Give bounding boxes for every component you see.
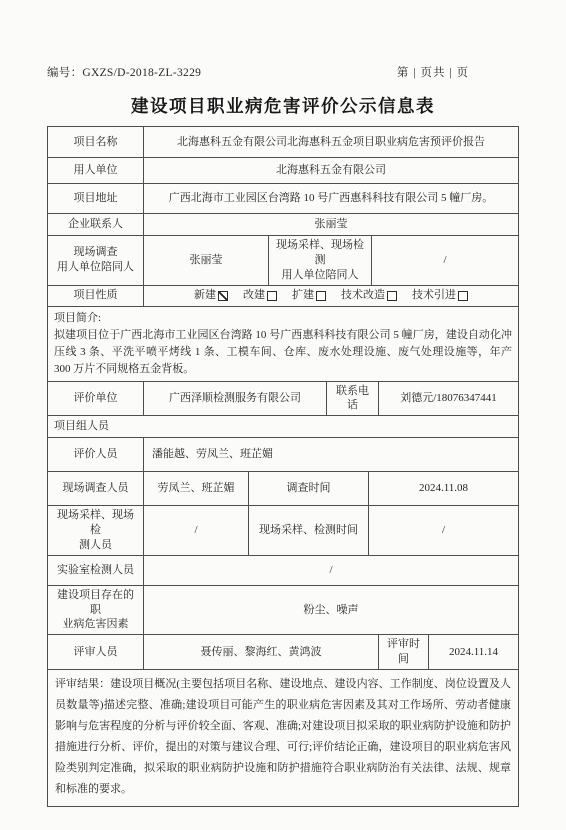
lab-staff-value: / (143, 556, 518, 585)
sampling-companion-label: 现场采样、现场检测 用人单位陪同人 (268, 236, 371, 285)
eval-unit-value: 广西泽顺检测服务有限公司 (143, 382, 326, 416)
option-new-build: 新建 (194, 288, 228, 303)
evaluators-value: 潘能越、劳凤兰、班芷媚 (143, 438, 518, 471)
document-page: 编号：GXZS/D-2018-ZL-3229 第 | 页共 | 页 建设项目职业… (0, 0, 566, 830)
hazard-factors-label: 建设项目存在的职 业病危害因素 (48, 586, 143, 635)
employer-label: 用人单位 (48, 158, 143, 183)
sampling-time-value: / (368, 506, 518, 555)
page-title: 建设项目职业病危害评价公示信息表 (0, 93, 566, 118)
team-header: 项目组人员 (48, 416, 518, 437)
doc-number: 编号：GXZS/D-2018-ZL-3229 (47, 64, 201, 80)
option-rebuild: 改建 (243, 288, 277, 303)
eval-unit-label: 评价单位 (48, 382, 143, 416)
checkbox-icon (316, 291, 326, 301)
review-result-text: 评审结果：建设项目概况(主要包括项目名称、建设地点、建设内容、工作制度、岗位设置… (48, 670, 518, 806)
row-eval-unit: 评价单位 广西泽顺检测服务有限公司 联系电话 刘德元/18076347441 (48, 381, 518, 416)
row-employer: 用人单位 北海惠科五金有限公司 (48, 157, 518, 183)
survey-time-label: 调查时间 (248, 472, 368, 505)
checkbox-icon (458, 291, 468, 301)
phone-label: 联系电话 (326, 382, 378, 416)
row-team-header: 项目组人员 (48, 415, 518, 437)
review-time-value: 2024.11.14 (428, 635, 518, 669)
review-time-label: 评审时间 (378, 635, 428, 669)
project-brief-heading: 项目简介: (54, 310, 512, 327)
address-value: 广西北海市工业园区台湾路 10 号广西惠科科技有限公司 5 幢厂房。 (143, 184, 518, 213)
row-survey-staff: 现场调查人员 劳凤兰、班芷媚 调查时间 2024.11.08 (48, 471, 518, 505)
checkbox-icon (387, 291, 397, 301)
row-survey-companion: 现场调查 用人单位陪同人 张丽莹 现场采样、现场检测 用人单位陪同人 / (48, 235, 518, 285)
row-project-brief: 项目简介: 拟建项目位于广西北海市工业园区台湾路 10 号广西惠科科技有限公司 … (48, 306, 518, 381)
survey-staff-label: 现场调查人员 (48, 472, 143, 505)
address-label: 项目地址 (48, 184, 143, 213)
survey-companion-value: 张丽莹 (143, 236, 268, 285)
survey-time-value: 2024.11.08 (368, 472, 518, 505)
sampling-time-label: 现场采样、检测时间 (248, 506, 368, 555)
form-table: 项目名称 北海惠科五金有限公司北海惠科五金项目职业病危害预评价报告 用人单位 北… (47, 126, 519, 807)
contact-label: 企业联系人 (48, 214, 143, 235)
checkbox-icon (218, 291, 228, 301)
row-sampling-staff: 现场采样、现场检 测人员 / 现场采样、检测时间 / (48, 505, 518, 555)
option-label: 技术引进 (412, 288, 456, 303)
checkbox-icon (267, 291, 277, 301)
lab-staff-label: 实验室检测人员 (48, 556, 143, 585)
evaluators-label: 评价人员 (48, 438, 143, 471)
row-lab-staff: 实验室检测人员 / (48, 555, 518, 585)
option-expand: 扩建 (292, 288, 326, 303)
project-brief-text: 拟建项目位于广西北海市工业园区台湾路 10 号广西惠科科技有限公司 5 幢厂房，… (54, 327, 512, 378)
page-indicator: 第 | 页共 | 页 (397, 64, 469, 80)
project-name-label: 项目名称 (48, 127, 143, 157)
project-nature-options: 新建 改建 扩建 技术改造 (143, 286, 518, 306)
option-label: 新建 (194, 288, 216, 303)
project-brief: 项目简介: 拟建项目位于广西北海市工业园区台湾路 10 号广西惠科科技有限公司 … (48, 307, 518, 381)
option-tech-import: 技术引进 (412, 288, 468, 303)
row-contact: 企业联系人 张丽莹 (48, 213, 518, 235)
option-label: 技术改造 (341, 288, 385, 303)
phone-value: 刘德元/18076347441 (378, 382, 518, 416)
option-tech-renovation: 技术改造 (341, 288, 397, 303)
sampling-staff-label: 现场采样、现场检 测人员 (48, 506, 143, 555)
row-project-nature: 项目性质 新建 改建 扩建 技术改造 (48, 285, 518, 306)
row-evaluators: 评价人员 潘能越、劳凤兰、班芷媚 (48, 437, 518, 471)
document-header: 编号：GXZS/D-2018-ZL-3229 第 | 页共 | 页 (47, 64, 519, 80)
row-review-result: 评审结果：建设项目概况(主要包括项目名称、建设地点、建设内容、工作制度、岗位设置… (48, 669, 518, 806)
row-project-name: 项目名称 北海惠科五金有限公司北海惠科五金项目职业病危害预评价报告 (48, 127, 518, 157)
row-hazard-factors: 建设项目存在的职 业病危害因素 粉尘、噪声 (48, 585, 518, 635)
contact-value: 张丽莹 (143, 214, 518, 235)
row-address: 项目地址 广西北海市工业园区台湾路 10 号广西惠科科技有限公司 5 幢厂房。 (48, 183, 518, 213)
reviewers-value: 聂传丽、黎海红、黄鸿波 (143, 635, 378, 669)
sampling-staff-value: / (143, 506, 248, 555)
option-label: 改建 (243, 288, 265, 303)
row-reviewers: 评审人员 聂传丽、黎海红、黄鸿波 评审时间 2024.11.14 (48, 634, 518, 669)
hazard-factors-value: 粉尘、噪声 (143, 586, 518, 635)
project-name-value: 北海惠科五金有限公司北海惠科五金项目职业病危害预评价报告 (143, 127, 518, 157)
option-label: 扩建 (292, 288, 314, 303)
project-nature-label: 项目性质 (48, 286, 143, 306)
sampling-companion-value: / (371, 236, 518, 285)
reviewers-label: 评审人员 (48, 635, 143, 669)
survey-companion-label: 现场调查 用人单位陪同人 (48, 236, 143, 285)
survey-staff-value: 劳凤兰、班芷媚 (143, 472, 248, 505)
employer-value: 北海惠科五金有限公司 (143, 158, 518, 183)
